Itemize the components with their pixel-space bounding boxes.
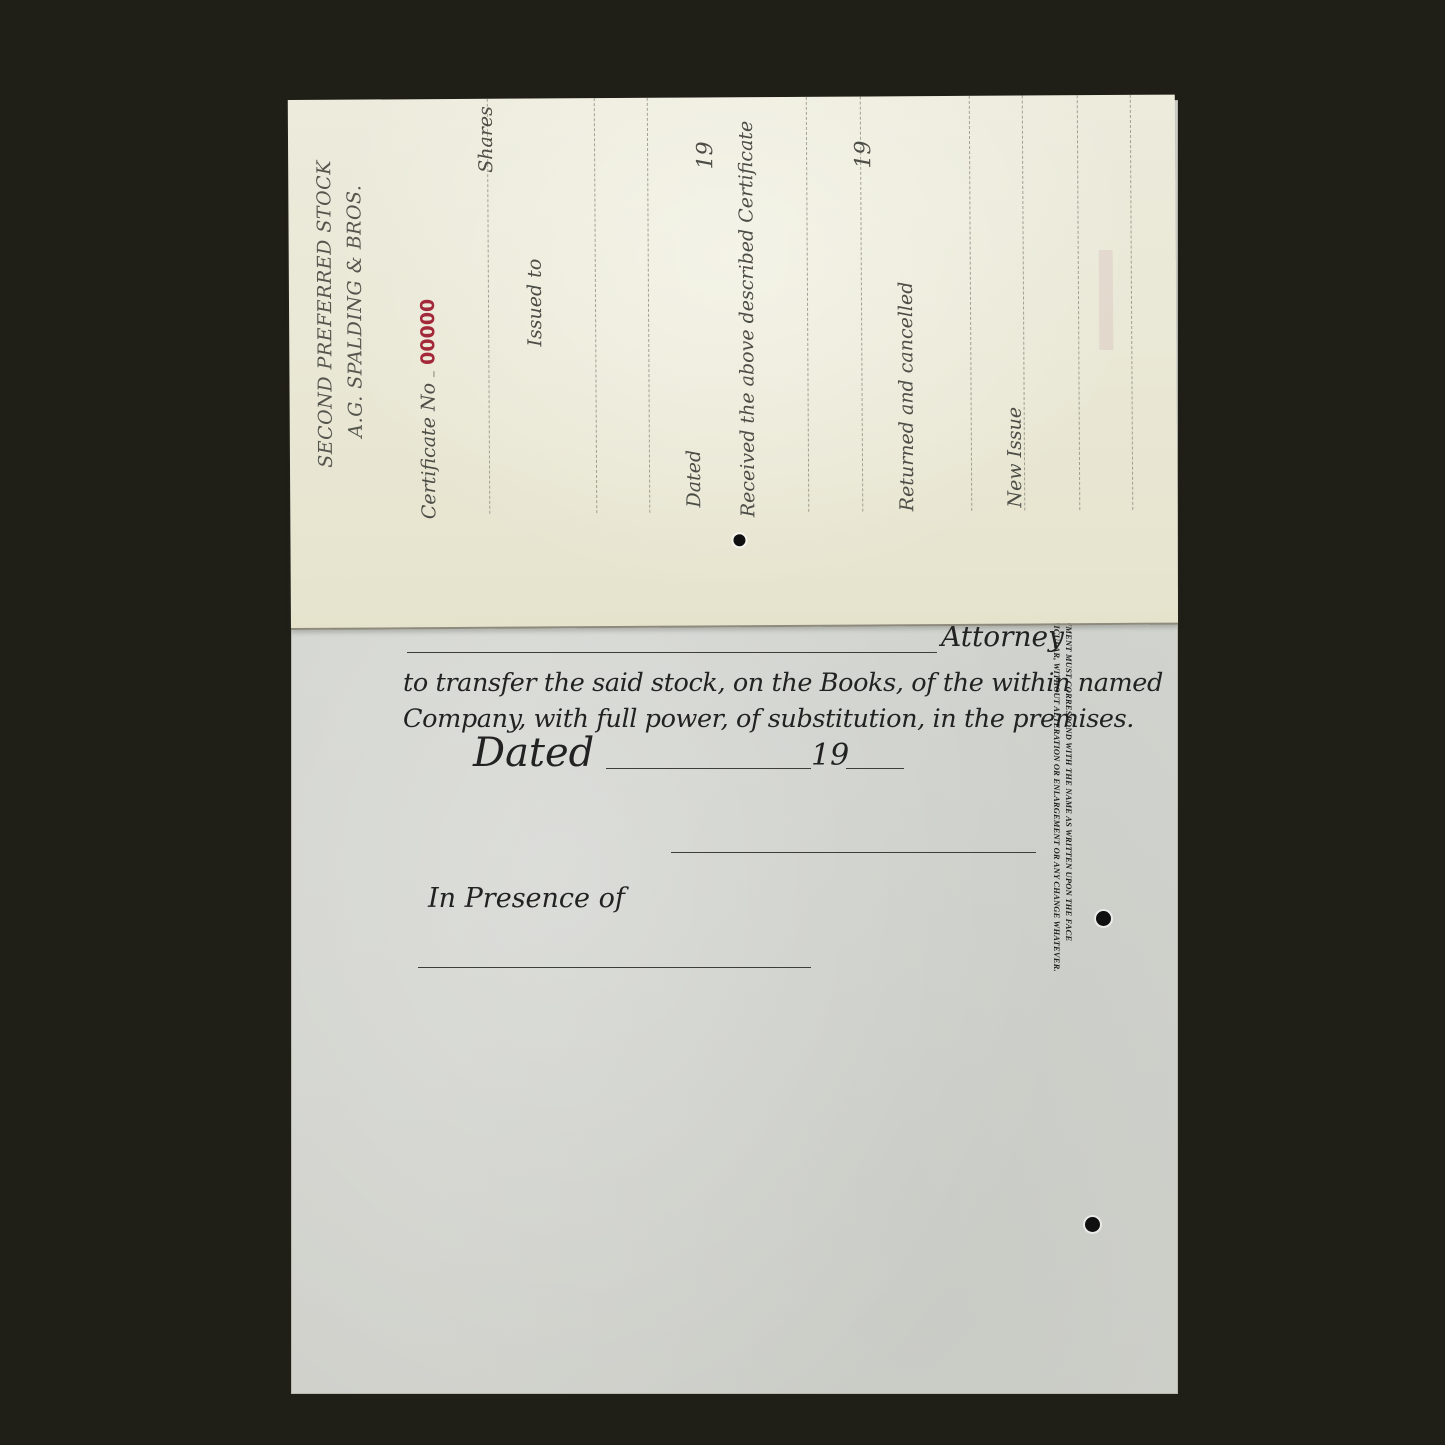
stub-rule (806, 97, 810, 512)
date-field-line[interactable] (606, 768, 811, 769)
dated-year: 19 (811, 738, 849, 773)
dated-label: Dated (473, 730, 594, 776)
shares-label: Shares (475, 106, 497, 173)
punch-hole (1096, 911, 1111, 926)
stub-rule (1077, 95, 1081, 510)
stub-dated-year: 19 (693, 141, 718, 169)
witness-label: In Presence of (428, 883, 625, 914)
punch-hole (1085, 1217, 1100, 1232)
year-field-line[interactable] (846, 768, 904, 769)
certificate-number: 00000 (417, 299, 439, 365)
stub-rule (594, 98, 598, 513)
stub-rule (1130, 95, 1134, 510)
certificate-number-field: Certificate No 00000 (417, 299, 440, 520)
certificate-label: Certificate No (417, 383, 440, 519)
stub-dated-label: Dated (683, 450, 705, 508)
stub-title-line-2: A.G. SPALDING & BROS. (343, 185, 367, 438)
received-certificate-label: Received the above described Certificate (735, 121, 759, 518)
punch-hole (733, 534, 745, 546)
stub-title-line-1: SECOND PREFERRED STOCK (313, 160, 337, 468)
edge-notice-line-1: NMENT MUST CORRESPOND WITH THE NAME AS W… (1064, 620, 1074, 941)
witness-signature-line[interactable] (418, 967, 811, 968)
certificate-stub: SECOND PREFERRED STOCK A.G. SPALDING & B… (288, 95, 1178, 630)
faint-stamp (1099, 250, 1114, 350)
attorney-line (407, 652, 937, 653)
stub-rule (647, 98, 651, 513)
stub-rule (969, 96, 973, 511)
transfer-text-line-1: to transfer the said stock, on the Books… (403, 668, 1163, 698)
new-issue-label: New Issue (1004, 407, 1027, 508)
received-dated-year: 19 (851, 140, 876, 168)
document-scan: Attorney to transfer the said stock, on … (0, 0, 1445, 1445)
edge-notice-line-2: TICULAR, WITHOUT ALTERATION OR ENLARGEME… (1052, 620, 1062, 972)
signature-line[interactable] (671, 852, 1036, 853)
returned-cancelled-label: Returned and cancelled (895, 282, 918, 512)
issued-to-label: Issued to (524, 259, 547, 347)
